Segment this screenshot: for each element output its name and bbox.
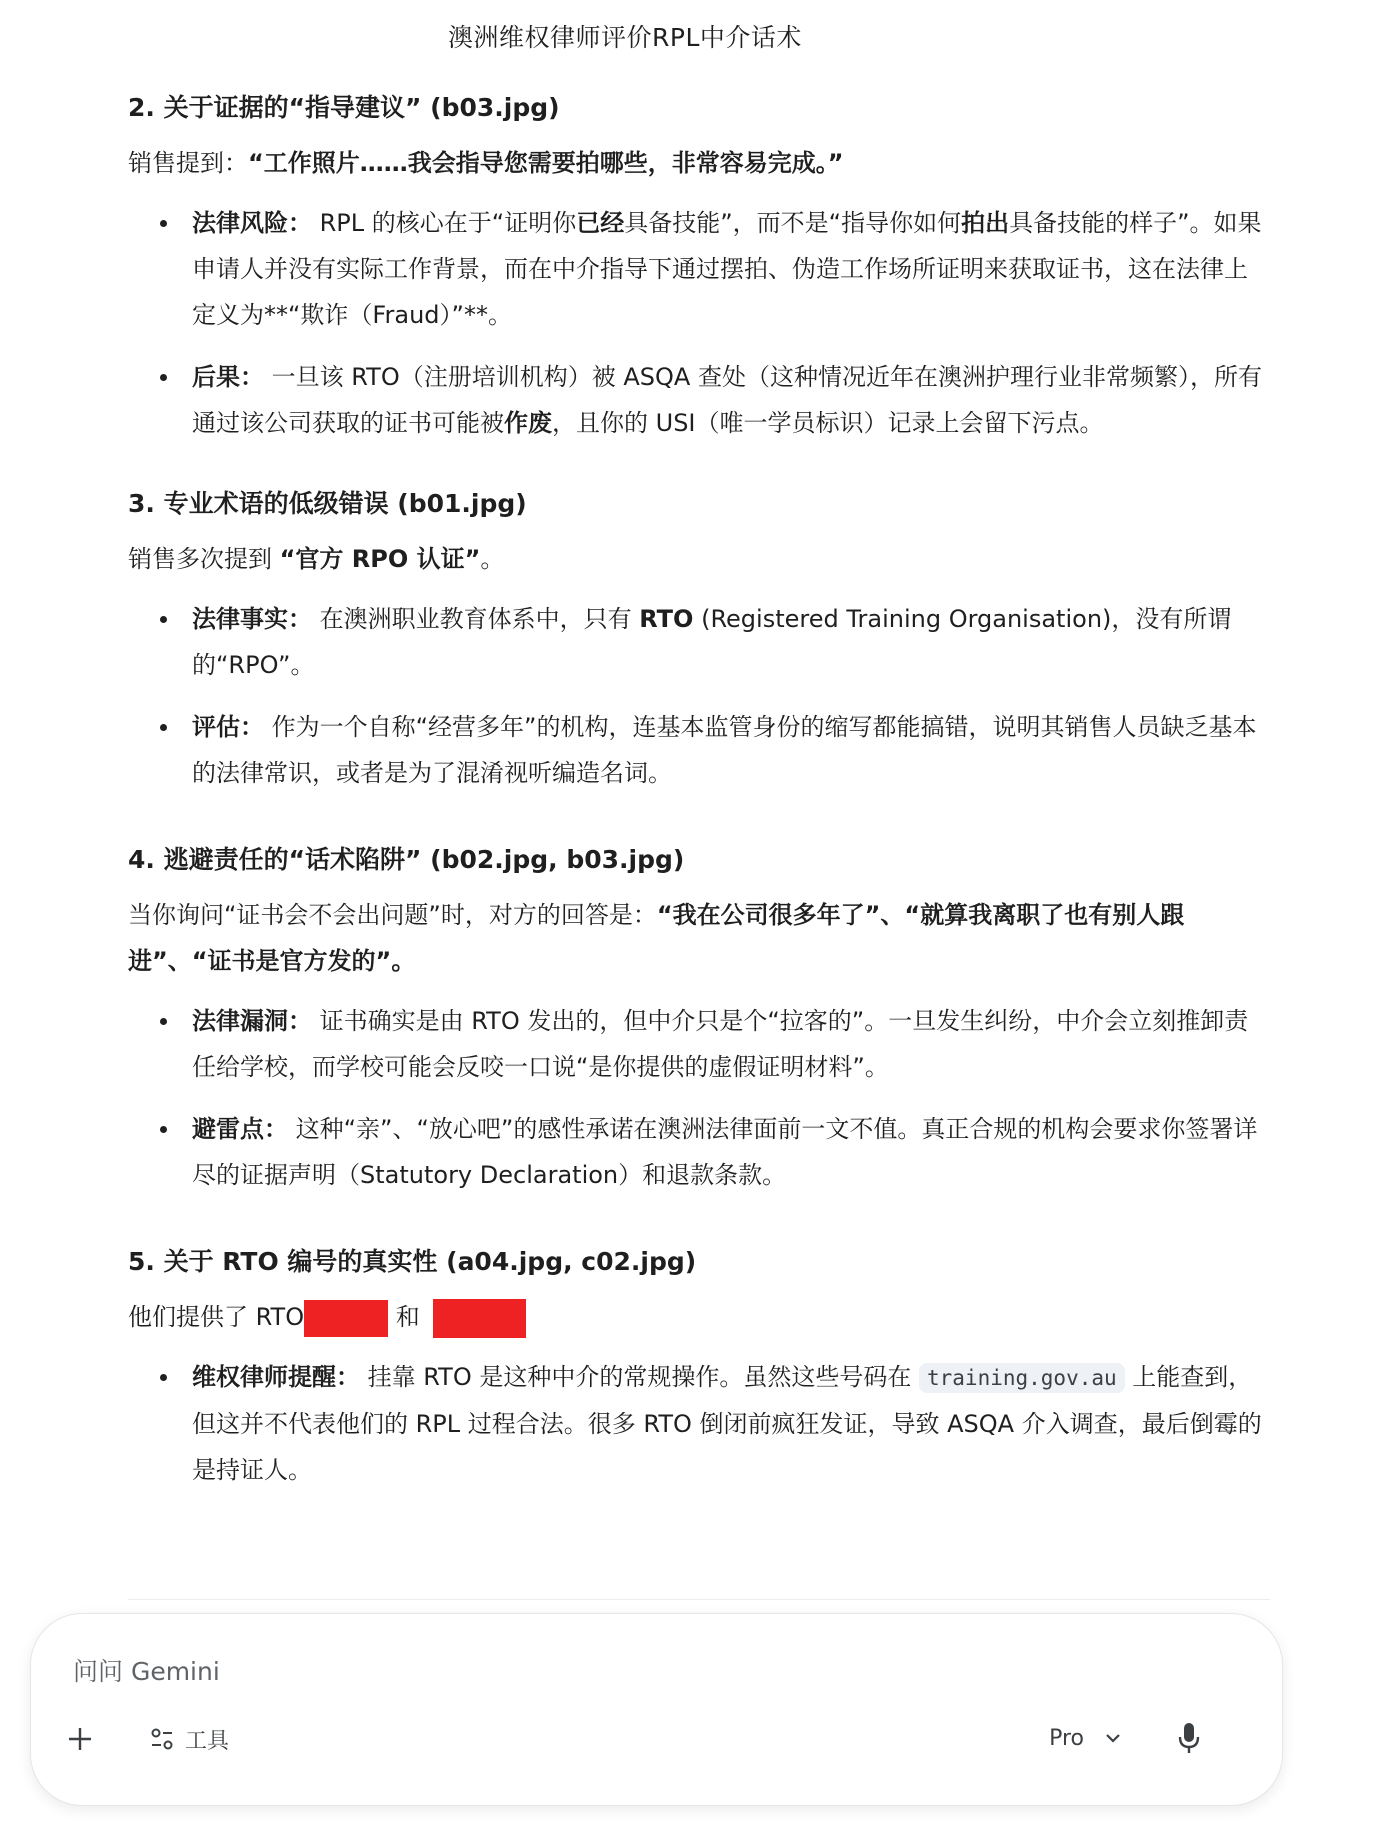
bullet-text: 具备技能”，而不是“指导你如何: [624, 209, 961, 237]
response-content: 2. 关于证据的“指导建议” (b03.jpg) 销售提到：“工作照片……我会指…: [128, 88, 1268, 1537]
model-label: Pro: [1049, 1726, 1084, 1751]
section-heading: 5. 关于 RTO 编号的真实性 (a04.jpg, c02.jpg): [128, 1242, 1268, 1282]
prompt-composer[interactable]: 问问 Gemini 工具 Pro: [30, 1613, 1283, 1806]
section-terminology-error: 3. 专业术语的低级错误 (b01.jpg) 销售多次提到 “官方 RPO 认证…: [128, 484, 1268, 796]
list-item: 后果： 一旦该 RTO（注册培训机构）被 ASQA 查处（这种情况近年在澳洲护理…: [128, 354, 1268, 446]
section-intro: 当你询问“证书会不会出问题”时，对方的回答是：“我在公司很多年了”、“就算我离职…: [128, 892, 1268, 984]
prompt-input[interactable]: 问问 Gemini: [73, 1652, 220, 1688]
mic-icon: [1174, 1720, 1204, 1756]
bullet-emphasis: RTO: [639, 605, 693, 633]
bullet-label: 后果：: [192, 363, 264, 391]
bullet-label: 避雷点：: [192, 1115, 288, 1143]
intro-text: 销售多次提到: [128, 545, 280, 573]
plus-icon: [65, 1724, 95, 1754]
bullet-label: 维权律师提醒：: [192, 1363, 360, 1391]
section-evidence-guidance: 2. 关于证据的“指导建议” (b03.jpg) 销售提到：“工作照片……我会指…: [128, 88, 1268, 446]
list-item: 法律风险： RPL 的核心在于“证明你已经具备技能”，而不是“指导你如何拍出具备…: [128, 200, 1268, 338]
bullet-list: 法律漏洞： 证书确实是由 RTO 发出的，但中介只是个“拉客的”。一旦发生纠纷，…: [128, 998, 1268, 1198]
bullet-text: ，且你的 USI（唯一学员标识）记录上会留下污点。: [552, 409, 1104, 437]
add-button[interactable]: [65, 1724, 95, 1754]
model-selector[interactable]: Pro: [1049, 1720, 1122, 1756]
bullet-emphasis: 已经: [576, 209, 624, 237]
intro-text: 销售提到：: [128, 149, 248, 177]
redaction-box: [304, 1300, 388, 1337]
bullet-list: 法律事实： 在澳洲职业教育体系中，只有 RTO (Registered Trai…: [128, 596, 1268, 796]
page-title: 澳洲维权律师评价RPL中介话术: [0, 18, 1250, 54]
bullet-label: 法律事实：: [192, 605, 312, 633]
intro-text: 和: [388, 1303, 427, 1331]
list-item: 维权律师提醒： 挂靠 RTO 是这种中介的常规操作。虽然这些号码在 traini…: [128, 1354, 1268, 1493]
divider: [128, 1599, 1270, 1600]
tools-label: 工具: [185, 1724, 229, 1755]
section-liability-trap: 4. 逃避责任的“话术陷阱” (b02.jpg, b03.jpg) 当你询问“证…: [128, 840, 1268, 1198]
intro-text: 当你询问“证书会不会出问题”时，对方的回答是：: [128, 901, 657, 929]
section-intro: 销售多次提到 “官方 RPO 认证”。: [128, 536, 1268, 582]
section-rto-number: 5. 关于 RTO 编号的真实性 (a04.jpg, c02.jpg) 他们提供…: [128, 1242, 1268, 1493]
bullet-label: 法律漏洞：: [192, 1007, 312, 1035]
section-heading: 3. 专业术语的低级错误 (b01.jpg): [128, 484, 1268, 524]
section-heading: 4. 逃避责任的“话术陷阱” (b02.jpg, b03.jpg): [128, 840, 1268, 880]
bullet-text: RPL 的核心在于“证明你: [312, 209, 576, 237]
bullet-emphasis: 拍出: [961, 209, 1009, 237]
inline-code: training.gov.au: [919, 1363, 1125, 1393]
intro-text: 。: [480, 545, 504, 573]
bullet-text: 挂靠 RTO 是这种中介的常规操作。虽然这些号码在: [360, 1363, 919, 1391]
intro-quote: “官方 RPO 认证”: [280, 545, 481, 573]
list-item: 法律事实： 在澳洲职业教育体系中，只有 RTO (Registered Trai…: [128, 596, 1268, 688]
list-item: 评估： 作为一个自称“经营多年”的机构，连基本监管身份的缩写都能搞错，说明其销售…: [128, 704, 1268, 796]
tools-icon: [149, 1726, 175, 1752]
list-item: 法律漏洞： 证书确实是由 RTO 发出的，但中介只是个“拉客的”。一旦发生纠纷，…: [128, 998, 1268, 1090]
bullet-list: 维权律师提醒： 挂靠 RTO 是这种中介的常规操作。虽然这些号码在 traini…: [128, 1354, 1268, 1493]
bullet-text: 证书确实是由 RTO 发出的，但中介只是个“拉客的”。一旦发生纠纷，中介会立刻推…: [192, 1007, 1248, 1081]
bullet-text: 在澳洲职业教育体系中，只有: [312, 605, 639, 633]
redaction-box: [433, 1299, 526, 1338]
bullet-text: 作为一个自称“经营多年”的机构，连基本监管身份的缩写都能搞错，说明其销售人员缺乏…: [192, 713, 1257, 787]
bullet-emphasis: 作废: [504, 409, 552, 437]
microphone-button[interactable]: [1174, 1720, 1204, 1756]
bullet-label: 法律风险：: [192, 209, 312, 237]
bullet-text: 这种“亲”、“放心吧”的感性承诺在澳洲法律面前一文不值。真正合规的机构会要求你签…: [192, 1115, 1257, 1189]
chevron-down-icon: [1104, 1732, 1122, 1744]
bullet-label: 评估：: [192, 713, 264, 741]
section-heading: 2. 关于证据的“指导建议” (b03.jpg): [128, 88, 1268, 128]
section-intro: 他们提供了 RTO 和: [128, 1294, 1268, 1340]
list-item: 避雷点： 这种“亲”、“放心吧”的感性承诺在澳洲法律面前一文不值。真正合规的机构…: [128, 1106, 1268, 1198]
section-intro: 销售提到：“工作照片……我会指导您需要拍哪些，非常容易完成。”: [128, 140, 1268, 186]
tools-button[interactable]: 工具: [149, 1722, 229, 1756]
bullet-list: 法律风险： RPL 的核心在于“证明你已经具备技能”，而不是“指导你如何拍出具备…: [128, 200, 1268, 446]
intro-text: 他们提供了 RTO: [128, 1303, 304, 1331]
intro-quote: “工作照片……我会指导您需要拍哪些，非常容易完成。”: [248, 149, 844, 177]
